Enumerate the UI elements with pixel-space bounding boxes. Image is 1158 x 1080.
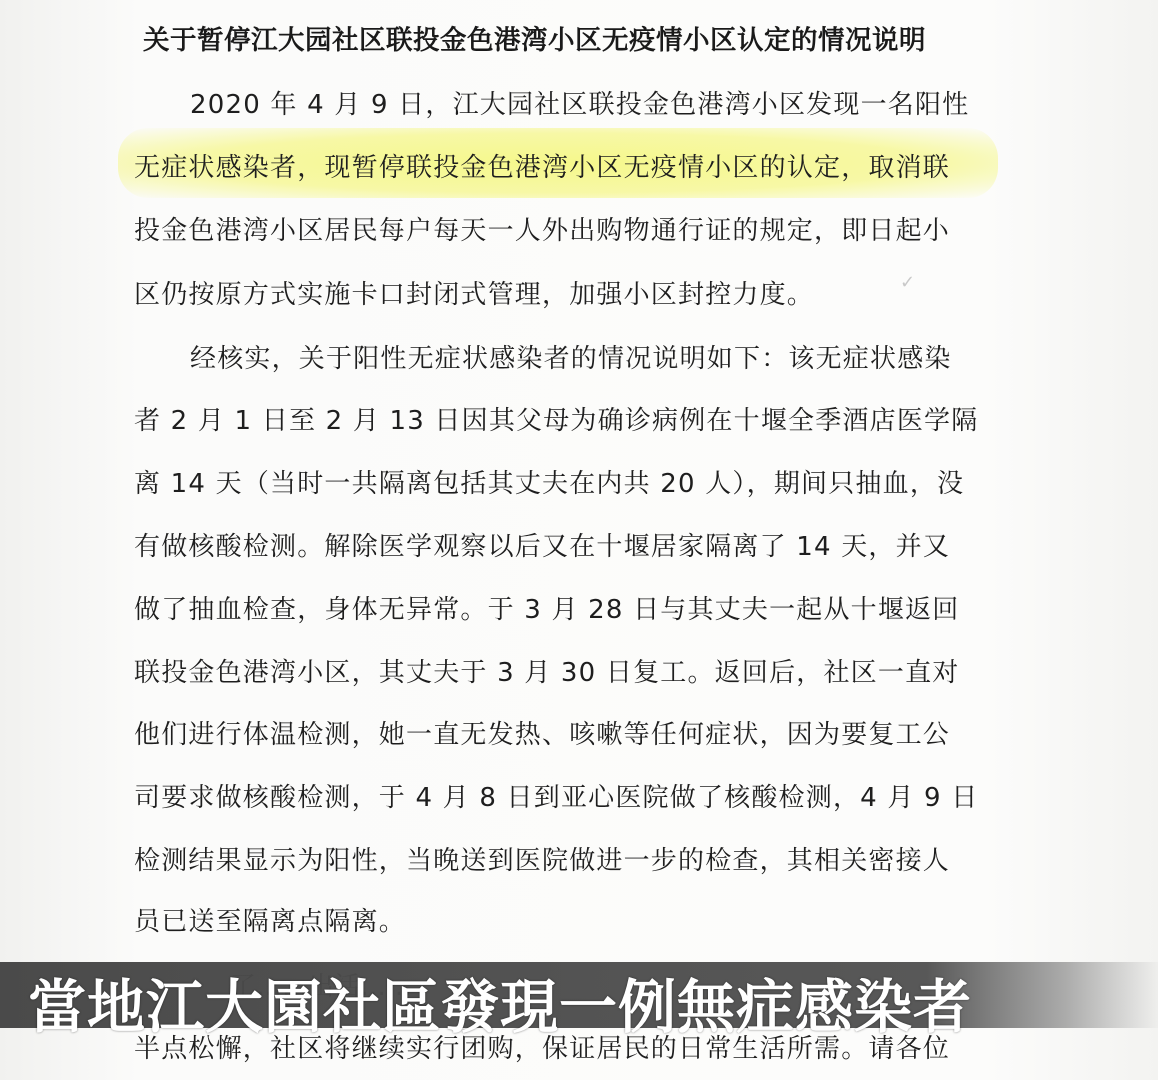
paragraph-line-highlighted: 无症状感染者，现暂停联投金色港湾小区无疫情小区的认定，取消联: [134, 147, 950, 184]
paragraph-line: 司要求做核酸检测，于 4 月 8 日到亚心医院做了核酸检测，4 月 9 日: [134, 777, 978, 814]
paragraph-line: 投金色港湾小区居民每户每天一人外出购物通行证的规定，即日起小: [134, 210, 950, 247]
paragraph-line: 做了抽血检查，身体无异常。于 3 月 28 日与其丈夫一起从十堰返回: [134, 589, 960, 626]
paragraph-line: 2020 年 4 月 9 日，江大园社区联投金色港湾小区发现一名阳性: [190, 84, 969, 121]
paragraph-line: 员已送至隔离点隔离。: [134, 901, 406, 938]
paragraph-line: 区仍按原方式实施卡口封闭式管理，加强小区封控力度。: [134, 274, 814, 311]
document-page: 关于暂停江大园社区联投金色港湾小区无疫情小区认定的情况说明 2020 年 4 月…: [0, 0, 1158, 1080]
paragraph-line: 离 14 天（当时一共隔离包括其丈夫在内共 20 人），期间只抽血，没: [134, 463, 964, 500]
paragraph-line: 检测结果显示为阳性，当晚送到医院做进一步的检查，其相关密接人: [134, 840, 950, 877]
pen-mark-icon: ✓: [900, 272, 915, 293]
paragraph-line: 有做核酸检测。解除医学观察以后又在十堰居家隔离了 14 天，并又: [134, 526, 950, 563]
paragraph-line: 经核实，关于阳性无症状感染者的情况说明如下：该无症状感染: [190, 338, 952, 375]
paragraph-line: 者 2 月 1 日至 2 月 13 日因其父母为确诊病例在十堰全季酒店医学隔: [134, 400, 978, 437]
video-caption: 當地江大園社區發現一例無症感染者: [28, 960, 972, 1044]
document-title: 关于暂停江大园社区联投金色港湾小区无疫情小区认定的情况说明: [143, 18, 983, 57]
paragraph-line: 联投金色港湾小区，其丈夫于 3 月 30 日复工。返回后，社区一直对: [134, 652, 960, 689]
paragraph-line: 他们进行体温检测，她一直无发热、咳嗽等任何症状，因为要复工公: [134, 714, 950, 751]
